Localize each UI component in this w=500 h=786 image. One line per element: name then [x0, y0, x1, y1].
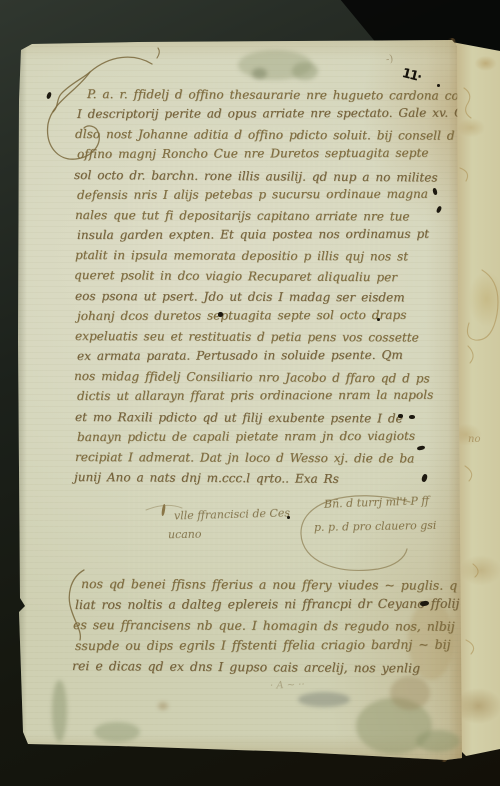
faint-marginal-note: · A ~ ·· [270, 679, 305, 691]
manuscript-line: ptalit in ipsula memorata depositio p il… [75, 245, 455, 267]
stain [390, 676, 430, 710]
manuscript-line: banayn pdictu de capali pietate nram jn … [77, 425, 457, 446]
stain [52, 680, 67, 742]
signature-tick-mark [161, 504, 166, 516]
ink-speck [409, 415, 415, 419]
ink-speck [377, 318, 380, 321]
stain [158, 702, 168, 710]
manuscript-line: insula garden expten. Et quia postea nos… [77, 224, 457, 245]
ink-speck [218, 312, 223, 317]
manuscript-photo: no -) 11· [0, 0, 500, 786]
ink-speck [437, 84, 440, 87]
manuscript-line: recipiat I admerat. Dat jn loco d Wesso … [75, 447, 455, 469]
manuscript-line: ssupde ou dips egrils I ffstenti ffelia … [75, 634, 461, 656]
ink-speck [398, 414, 403, 418]
manuscript-line: rei e dicas qd ex dns I gupso cais arcel… [72, 656, 458, 679]
manuscript-line: junij Ano a nats dnj m.ccc.l qrto.. Exa … [74, 467, 454, 490]
notary-signature-line1: vlle ffrancisci de Ces [174, 506, 290, 522]
manuscript-line: queret psolit in dco viagio Recuparet al… [74, 265, 454, 288]
manuscript-line: I descriptorij perite ad opus arriate nr… [77, 103, 457, 124]
manuscript-line: defensis nris I alijs petebas p sucursu … [77, 183, 457, 204]
stain [252, 68, 267, 79]
manuscript-page: -) 11· P. a. r. ffidelj d offino thesaur… [18, 40, 462, 762]
stain [94, 722, 140, 742]
notary-signature-line2: ucano [168, 528, 202, 542]
second-text-block: nos qd benei ffisns fferius a nou ffery … [73, 574, 459, 677]
stain [292, 62, 318, 80]
ink-speck [46, 92, 52, 100]
manuscript-line: liat ros noltis a dalteg eplereis ni ffr… [75, 593, 461, 615]
stain [416, 730, 460, 752]
svg-text:no: no [468, 434, 480, 445]
stain [298, 692, 350, 707]
main-text-block: P. a. r. ffidelj d offino thesaurarie nr… [75, 84, 455, 487]
manuscript-line: johanj dcos duretos septuagita septe sol… [77, 304, 457, 325]
registration-note-line2: p. p. d pro clauero gsi [314, 519, 437, 534]
ink-speck [287, 516, 290, 519]
registration-note-line1: Bñ. d turrj ml't P ff [324, 494, 430, 511]
manuscript-line: ex armata parata. Pertusado in soluide p… [77, 345, 457, 366]
folio-number: 11· [400, 66, 422, 85]
manuscript-line: offino magnj Roncho Cue nre Duretos sept… [77, 143, 457, 164]
corner-pen-mark: -) [385, 54, 394, 66]
manuscript-line: dictis ut allarayn ffarat pris ordinacio… [77, 385, 457, 406]
